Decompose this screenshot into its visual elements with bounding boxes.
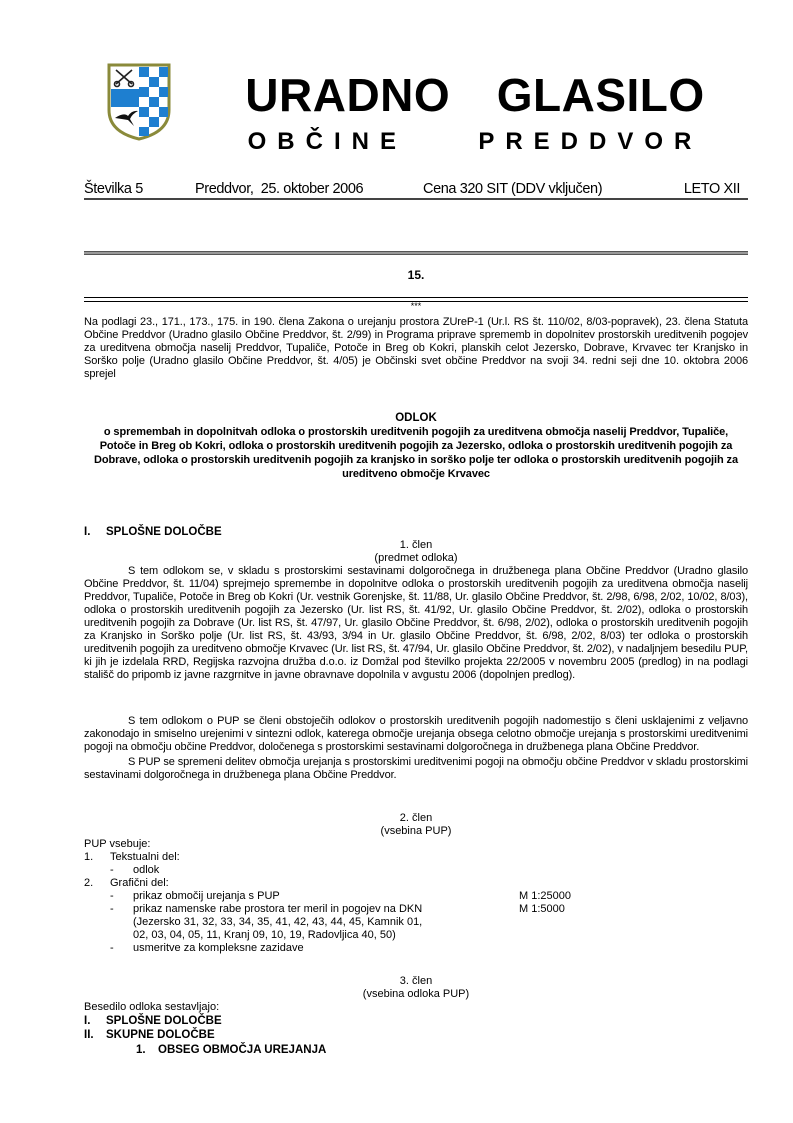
list-subitem: -prikaz namenske rabe prostora ter meril… — [110, 903, 422, 916]
article-caption: (vsebina odloka PUP) — [84, 988, 748, 1001]
publication-title: URADNO GLASILO — [230, 70, 720, 120]
article-paragraph: S tem odlokom se, v skladu s prostorskim… — [84, 565, 748, 682]
article-paragraph: S tem odlokom o PUP se členi obstoječih … — [84, 715, 748, 754]
list-subitem-continuation: 02, 03, 04, 05, 11, Kranj 09, 10, 19, Ra… — [133, 929, 396, 942]
outline-item: II.SKUPNE DOLOČBE — [84, 1028, 215, 1042]
list-subitem: -odlok — [110, 864, 159, 877]
list-item: 2.Grafični del: — [84, 877, 169, 890]
preamble: Na podlagi 23., 171., 173., 175. in 190.… — [84, 316, 748, 381]
divider — [84, 251, 748, 255]
issue-year: LETO XII — [684, 180, 740, 198]
list-subitem-continuation: (Jezersko 31, 32, 33, 34, 35, 41, 42, 43… — [133, 916, 422, 929]
article-heading: 3. člen — [84, 975, 748, 988]
list-subitem: -prikaz območij urejanja s PUP — [110, 890, 280, 903]
map-scale: M 1:25000 — [519, 890, 571, 903]
item-number: 15. — [84, 268, 748, 282]
article-heading: 1. člen — [84, 539, 748, 552]
list-subitem: -usmeritve za kompleksne zazidave — [110, 942, 304, 955]
issue-price: Cena 320 SIT (DDV vključen) — [423, 180, 602, 198]
outline-item: 1.OBSEG OBMOČJA UREJANJA — [136, 1043, 326, 1057]
decree-title: ODLOK — [84, 412, 748, 425]
coat-of-arms-icon — [106, 62, 172, 142]
article-heading: 2. člen — [84, 812, 748, 825]
article-caption: (predmet odloka) — [84, 552, 748, 565]
list-item: 1.Tekstualni del: — [84, 851, 180, 864]
issue-place-date: Preddvor, 25. oktober 2006 — [195, 180, 363, 198]
publication-subtitle: OBČINE PREDDVOR — [230, 127, 720, 157]
section-heading: I.SPLOŠNE DOLOČBE — [84, 525, 222, 539]
list-intro: PUP vsebuje: — [84, 838, 150, 851]
separator: *** — [84, 301, 748, 311]
outline-item: I.SPLOŠNE DOLOČBE — [84, 1014, 222, 1028]
list-intro: Besedilo odloka sestavljajo: — [84, 1001, 219, 1014]
divider — [84, 198, 748, 200]
article-paragraph: S PUP se spremeni delitev območja urejan… — [84, 756, 748, 782]
map-scale: M 1:5000 — [519, 903, 565, 916]
issue-number: Številka 5 — [84, 180, 143, 198]
article-caption: (vsebina PUP) — [84, 825, 748, 838]
decree-subtitle: o spremembah in dopolnitvah odloka o pro… — [84, 425, 748, 481]
issue-info-bar: Številka 5 Preddvor, 25. oktober 2006 Ce… — [84, 180, 748, 198]
